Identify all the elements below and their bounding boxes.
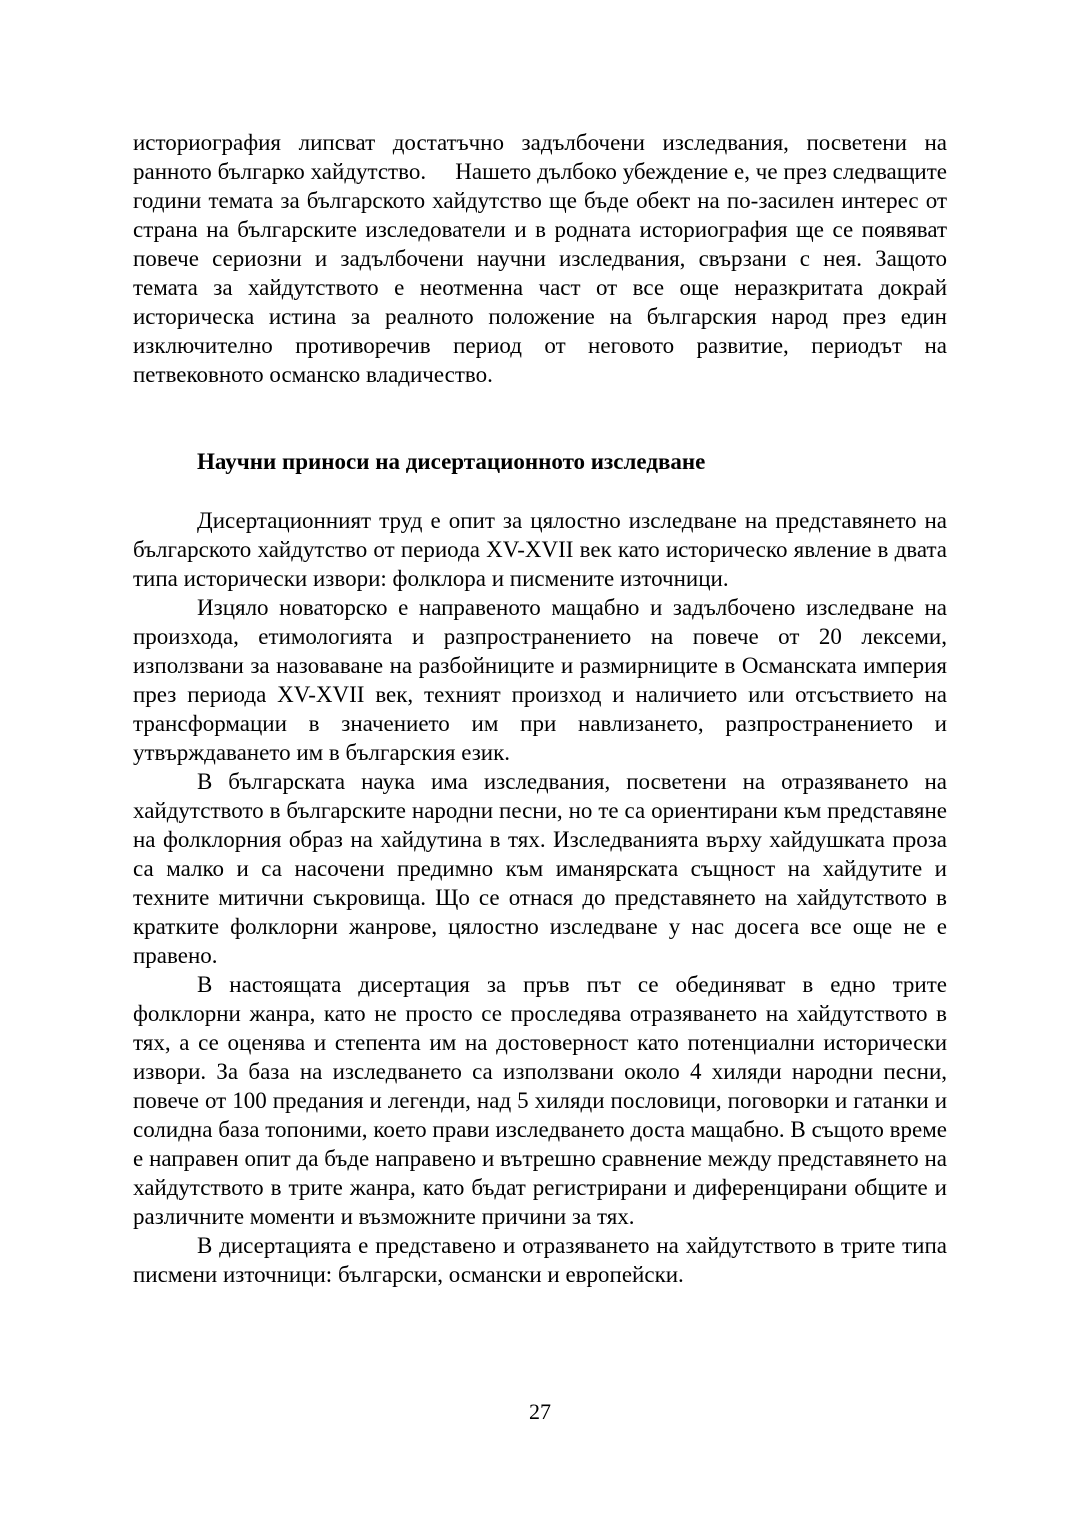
- paragraph-dissertation-scope: Дисертационният труд е опит за цялостно …: [133, 506, 947, 593]
- text-block: историография липсват достатъчно задълбо…: [133, 128, 947, 1289]
- paragraph-lexeme-research: Изцяло новаторско е направеното мащабно …: [133, 593, 947, 767]
- paragraph-existing-research: В българската наука има изследвания, пос…: [133, 767, 947, 970]
- paragraph-three-genres: В настоящата дисертация за пръв път се о…: [133, 970, 947, 1231]
- paragraph-written-sources: В дисертацията е представено и отразяван…: [133, 1231, 947, 1289]
- page-number: 27: [0, 1398, 1080, 1426]
- intro-paragraph: историография липсват достатъчно задълбо…: [133, 128, 947, 389]
- document-page: историография липсват достатъчно задълбо…: [0, 0, 1080, 1527]
- section-heading: Научни приноси на дисертационното изслед…: [133, 447, 947, 476]
